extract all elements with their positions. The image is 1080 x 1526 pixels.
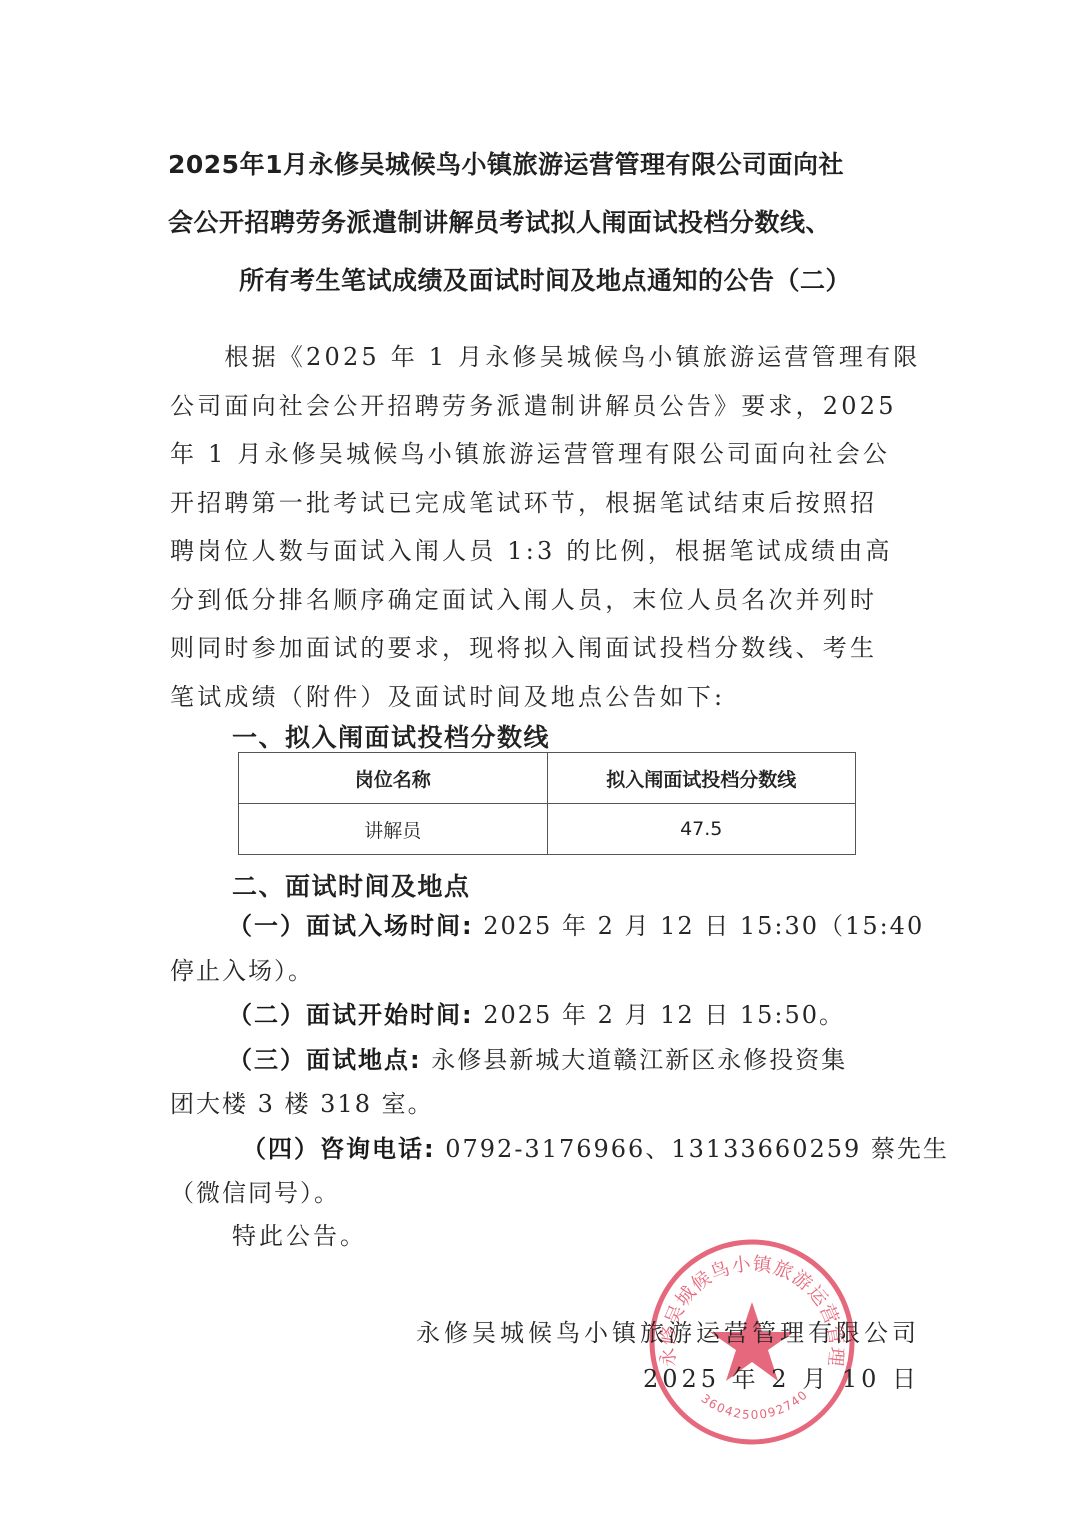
column-header-score-line: 拟入闱面试投档分数线 [547,753,856,804]
section-1-heading: 一、拟入闱面试投档分数线 [232,718,550,754]
intro-line: 分到低分排名顺序确定面试入闱人员，末位人员名次并列时 [170,576,922,625]
intro-line: 公司面向社会公开招聘劳务派遣制讲解员公告》要求，2025 [170,382,922,431]
item-location: （三）面试地点: 永修县新城大道赣江新区永修投资集 [170,1038,922,1083]
item-continuation: 停止入场）。 [170,949,922,994]
item-label: （一）面试入场时间: [228,912,474,940]
column-header-position: 岗位名称 [239,753,548,804]
title-line-2: 会公开招聘劳务派遣制讲解员考试拟人闱面试投档分数线、 [160,194,930,252]
item-text: 2025 年 2 月 12 日 15:50。 [474,1001,845,1029]
title-line-1: 2025年1月永修吴城候鸟小镇旅游运营管理有限公司面向社 [160,136,930,194]
table-header-row: 岗位名称 拟入闱面试投档分数线 [239,753,856,804]
intro-line: 笔试成绩（附件）及面试时间及地点公告如下: [170,673,922,722]
intro-line: 根据《2025 年 1 月永修吴城候鸟小镇旅游运营管理有限 [170,333,922,382]
signing-date: 2025 年 2 月 10 日 [416,1356,920,1402]
intro-paragraph: 根据《2025 年 1 月永修吴城候鸟小镇旅游运营管理有限 公司面向社会公开招聘… [170,333,922,721]
item-label: （四）咨询电话: [242,1135,436,1163]
item-start-time: （二）面试开始时间: 2025 年 2 月 12 日 15:50。 [170,993,922,1038]
intro-line: 则同时参加面试的要求，现将拟入闱面试投档分数线、考生 [170,624,922,673]
item-label: （二）面试开始时间: [228,1001,474,1029]
item-text: 0792-3176966、13133660259 蔡先生 [436,1135,949,1163]
item-continuation: （微信同号）。 [170,1171,922,1216]
title-line-3: 所有考生笔试成绩及面试时间及地点通知的公告（二） [160,252,930,310]
intro-line: 开招聘第一批考试已完成笔试环节，根据笔试结束后按照招 [170,479,922,528]
item-entry-time: （一）面试入场时间: 2025 年 2 月 12 日 15:30（15:40 [170,904,922,949]
score-line-table: 岗位名称 拟入闱面试投档分数线 讲解员 47.5 [238,752,856,855]
signature-block: 永修吴城候鸟小镇旅游运营管理有限公司 2025 年 2 月 10 日 [416,1310,920,1402]
interview-details: （一）面试入场时间: 2025 年 2 月 12 日 15:30（15:40 停… [170,904,922,1216]
cell-score-line: 47.5 [547,804,856,855]
signing-organization: 永修吴城候鸟小镇旅游运营管理有限公司 [416,1310,920,1356]
item-label: （三）面试地点: [228,1046,422,1074]
item-continuation: 团大楼 3 楼 318 室。 [170,1082,922,1127]
section-2-heading: 二、面试时间及地点 [232,867,471,903]
closing-statement: 特此公告。 [232,1216,367,1251]
cell-position: 讲解员 [239,804,548,855]
intro-line: 年 1 月永修吴城候鸟小镇旅游运营管理有限公司面向社会公 [170,430,922,479]
item-text: 永修县新城大道赣江新区永修投资集 [422,1046,848,1074]
intro-line: 聘岗位人数与面试入闱人员 1:3 的比例，根据笔试成绩由高 [170,527,922,576]
item-contact-phone: （四）咨询电话: 0792-3176966、13133660259 蔡先生 [170,1127,922,1172]
table-row: 讲解员 47.5 [239,804,856,855]
document-title: 2025年1月永修吴城候鸟小镇旅游运营管理有限公司面向社 会公开招聘劳务派遣制讲… [160,136,930,310]
item-text: 2025 年 2 月 12 日 15:30（15:40 [474,912,925,940]
